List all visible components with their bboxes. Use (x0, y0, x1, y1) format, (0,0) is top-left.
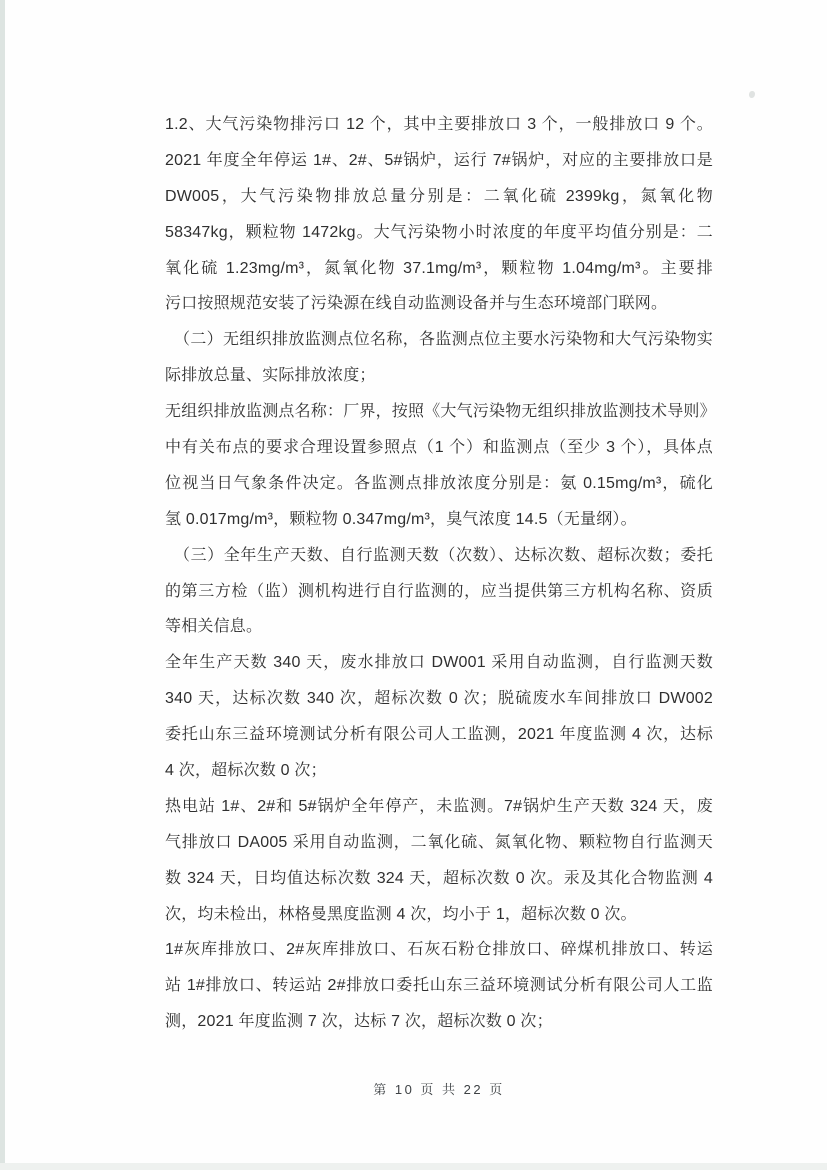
paragraph: 1.2、大气污染物排污口 12 个，其中主要排放口 3 个，一般排放口 9 个。… (165, 107, 713, 322)
document-line: 次，均未检出，林格曼黑度监测 4 次，均小于 1，超标次数 0 次。 (165, 897, 713, 933)
paragraph: 全年生产天数 340 天，废水排放口 DW001 采用自动监测，自行监测天数34… (165, 645, 713, 789)
document-line: 4 次，超标次数 0 次； (165, 753, 713, 789)
document-line: 际排放总量、实际排放浓度； (165, 358, 713, 394)
document-line: 委托山东三益环境测试分析有限公司人工监测，2021 年度监测 4 次，达标 (165, 717, 713, 753)
paragraph: （三）全年生产天数、自行监测天数（次数）、达标次数、超标次数；委托的第三方检（监… (165, 538, 713, 646)
document-line: （三）全年生产天数、自行监测天数（次数）、达标次数、超标次数；委托 (165, 538, 713, 574)
document-line: 1#灰库排放口、2#灰库排放口、石灰石粉仓排放口、碎煤机排放口、转运 (165, 932, 713, 968)
paragraph: （二）无组织排放监测点位名称，各监测点位主要水污染物和大气污染物实际排放总量、实… (165, 322, 713, 394)
paragraph: 1#灰库排放口、2#灰库排放口、石灰石粉仓排放口、碎煤机排放口、转运站 1#排放… (165, 932, 713, 1040)
document-line: 等相关信息。 (165, 609, 713, 645)
document-line: DW005，大气污染物排放总量分别是：二氧化硫 2399kg，氮氧化物 (165, 179, 713, 215)
document-line: 2021 年度全年停运 1#、2#、5#锅炉，运行 7#锅炉，对应的主要排放口是 (165, 143, 713, 179)
document-line: 气排放口 DA005 采用自动监测，二氧化硫、氮氧化物、颗粒物自行监测天 (165, 825, 713, 861)
document-line: 340 天，达标次数 340 次，超标次数 0 次；脱硫废水车间排放口 DW00… (165, 681, 713, 717)
document-line: 中有关布点的要求合理设置参照点（1 个）和监测点（至少 3 个），具体点 (165, 430, 713, 466)
scan-speck-artifact (749, 91, 755, 98)
document-line: 无组织排放监测点名称：厂界，按照《大气污染物无组织排放监测技术导则》 (165, 394, 713, 430)
document-line: 的第三方检（监）测机构进行自行监测的，应当提供第三方机构名称、资质 (165, 574, 713, 610)
paragraph: 无组织排放监测点名称：厂界，按照《大气污染物无组织排放监测技术导则》中有关布点的… (165, 394, 713, 538)
document-line: 氧化硫 1.23mg/m³，氮氧化物 37.1mg/m³，颗粒物 1.04mg/… (165, 251, 713, 287)
scanned-page-canvas: 1.2、大气污染物排污口 12 个，其中主要排放口 3 个，一般排放口 9 个。… (0, 0, 827, 1170)
document-line: 1.2、大气污染物排污口 12 个，其中主要排放口 3 个，一般排放口 9 个。 (165, 107, 713, 143)
document-line: 站 1#排放口、转运站 2#排放口委托山东三益环境测试分析有限公司人工监 (165, 968, 713, 1004)
document-line: 热电站 1#、2#和 5#锅炉全年停产，未监测。7#锅炉生产天数 324 天，废 (165, 789, 713, 825)
document-line: 位视当日气象条件决定。各监测点排放浓度分别是：氨 0.15mg/m³，硫化 (165, 466, 713, 502)
document-line: 58347kg，颗粒物 1472kg。大气污染物小时浓度的年度平均值分别是：二 (165, 215, 713, 251)
document-line: 数 324 天，日均值达标次数 324 天，超标次数 0 次。汞及其化合物监测 … (165, 861, 713, 897)
text-block: 1.2、大气污染物排污口 12 个，其中主要排放口 3 个，一般排放口 9 个。… (165, 107, 713, 1040)
document-line: 全年生产天数 340 天，废水排放口 DW001 采用自动监测，自行监测天数 (165, 645, 713, 681)
document-line: 污口按照规范安装了污染源在线自动监测设备并与生态环境部门联网。 (165, 286, 713, 322)
paragraph: 热电站 1#、2#和 5#锅炉全年停产，未监测。7#锅炉生产天数 324 天，废… (165, 789, 713, 933)
document-paper: 1.2、大气污染物排污口 12 个，其中主要排放口 3 个，一般排放口 9 个。… (5, 0, 827, 1163)
document-line: （二）无组织排放监测点位名称，各监测点位主要水污染物和大气污染物实 (165, 322, 713, 358)
page-number-footer: 第 10 页 共 22 页 (165, 1079, 713, 1101)
document-line: 氢 0.017mg/m³，颗粒物 0.347mg/m³，臭气浓度 14.5（无量… (165, 502, 713, 538)
document-line: 测，2021 年度监测 7 次，达标 7 次，超标次数 0 次； (165, 1004, 713, 1040)
